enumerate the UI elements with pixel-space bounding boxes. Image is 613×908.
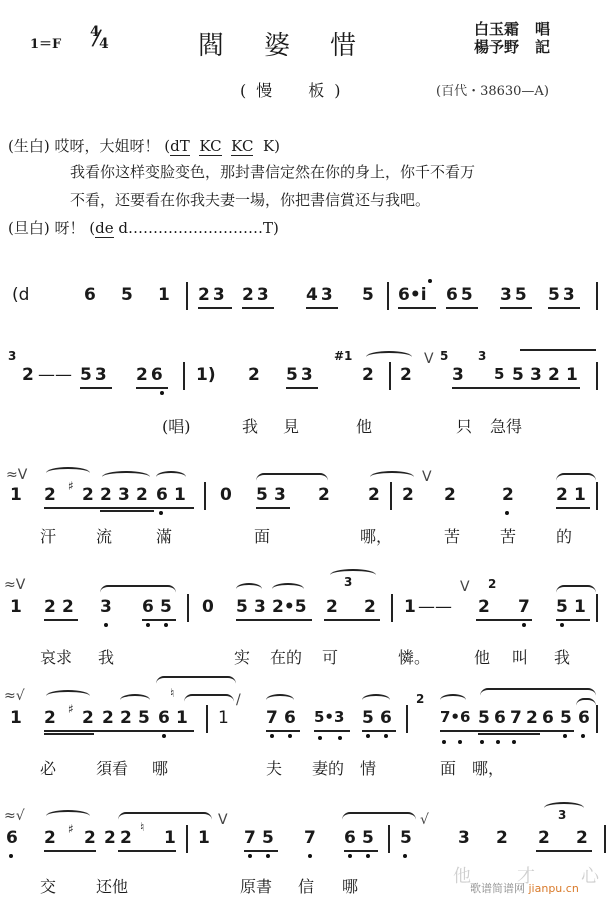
high-octave-dot: [428, 279, 432, 283]
note: 1: [574, 485, 586, 505]
note: 5: [362, 828, 374, 848]
note: 6: [494, 708, 506, 728]
tempo-marking: (慢 板): [240, 78, 351, 101]
low-octave-dot: [581, 734, 585, 738]
note: 1: [574, 597, 586, 617]
note: 5: [478, 708, 490, 728]
slur: [102, 471, 150, 483]
barline: [389, 362, 391, 390]
note: 6: [578, 708, 590, 728]
underline: [80, 387, 112, 389]
note: 2: [44, 708, 56, 728]
note: 2: [248, 365, 260, 385]
lyric: 面: [440, 756, 456, 779]
extension-dash: ——: [418, 597, 452, 617]
underline: [476, 619, 532, 621]
tie: [256, 473, 328, 481]
transcriber-role: 記: [535, 38, 550, 56]
note: 5•3: [314, 708, 344, 726]
percussion-syllable: K): [263, 137, 280, 155]
lyric: 滿: [156, 524, 172, 547]
lyric: (唱): [162, 414, 191, 437]
low-octave-dot: [348, 854, 352, 858]
underline: [236, 619, 312, 621]
underline: [440, 730, 574, 732]
underline: [118, 850, 176, 852]
note: 6: [156, 485, 168, 505]
lyric: 哪，: [472, 756, 504, 779]
lyric: 哪，: [360, 524, 392, 547]
note: 6: [284, 708, 296, 728]
breath-mark: V: [424, 351, 434, 367]
low-octave-dot: [505, 511, 509, 515]
note: 2: [502, 485, 514, 505]
note: 5: [560, 708, 572, 728]
lyric: 他: [474, 645, 490, 668]
low-octave-dot: [480, 740, 484, 744]
breath-mark: ≈V: [6, 467, 27, 483]
low-octave-dot: [104, 623, 108, 627]
underline: [344, 850, 378, 852]
note: 5: [400, 828, 412, 848]
note: 2: [82, 485, 94, 505]
note: 7: [510, 708, 522, 728]
singer-role: 唱: [535, 20, 550, 38]
note: 2: [44, 485, 56, 505]
note: 23: [198, 285, 228, 305]
lyric: 只: [456, 414, 472, 437]
barline: [187, 594, 189, 622]
lyric: 哪: [342, 874, 358, 897]
underline: [44, 850, 96, 852]
barline: [387, 282, 389, 310]
grace-note: 2: [416, 692, 424, 706]
barline: [596, 705, 598, 733]
note: 35: [500, 285, 530, 305]
note: 5: [262, 828, 274, 848]
underline: [556, 507, 590, 509]
low-octave-dot: [384, 734, 388, 738]
singer-name: 白玉霜: [474, 20, 519, 38]
percussion-syllable: dT: [170, 137, 190, 156]
grace-note: #1: [334, 349, 352, 363]
note: 3: [254, 597, 266, 617]
lyric: 憐。: [398, 645, 430, 668]
note: 2: [326, 597, 338, 617]
slur: [370, 471, 414, 483]
lyric: 情: [360, 756, 376, 779]
note: 6: [380, 708, 392, 728]
note: 53: [80, 365, 110, 385]
underline: [452, 387, 580, 389]
note: 2: [496, 828, 508, 848]
lyric: 妻的: [312, 756, 344, 779]
barline: [406, 705, 408, 733]
note: 2: [368, 485, 380, 505]
note: 3: [452, 365, 464, 385]
accidental: ♯: [68, 479, 74, 493]
low-octave-dot: [146, 623, 150, 627]
low-octave-dot: [164, 623, 168, 627]
low-octave-dot: [318, 736, 322, 740]
note: 5: [160, 597, 172, 617]
lyric: 苦: [500, 524, 516, 547]
natural-sign: ♮: [170, 686, 174, 700]
lyric: 夫: [266, 756, 282, 779]
note: 5: [512, 365, 524, 385]
low-octave-dot: [522, 623, 526, 627]
underline: [398, 307, 436, 309]
extension-dash: ——: [38, 365, 72, 385]
tie: [556, 473, 596, 481]
low-octave-dot: [266, 854, 270, 858]
key-signature: 1＝F: [30, 33, 61, 52]
lyric: 我: [554, 645, 570, 668]
underline: [500, 307, 532, 309]
percussion-syllable: de: [95, 219, 113, 238]
note: 5: [138, 708, 150, 728]
note: 2: [556, 485, 571, 505]
low-octave-dot: [338, 736, 342, 740]
note: 5: [236, 597, 248, 617]
transcriber-name: 楊予野: [474, 38, 519, 56]
tie: [556, 585, 596, 593]
low-octave-dot: [159, 511, 163, 515]
note: 2: [120, 828, 132, 848]
low-octave-dot: [458, 740, 462, 744]
slur: [362, 694, 390, 706]
double-underline: [478, 733, 540, 735]
lyric: 实: [234, 645, 250, 668]
watermark-text: 歌谱简谱网: [470, 882, 525, 895]
note: 1: [10, 597, 22, 617]
low-octave-dot: [560, 623, 564, 627]
percussion-roll: d………………………T): [118, 219, 278, 237]
barline: [186, 282, 188, 310]
note: 2: [84, 828, 96, 848]
spoken-text: 呀！: [55, 219, 85, 237]
underline: [256, 507, 290, 509]
note: 2: [402, 485, 414, 505]
note: 7•6: [440, 708, 470, 726]
slur: [120, 694, 150, 706]
lyric: 面: [254, 524, 270, 547]
barline: [388, 825, 390, 853]
note: 5: [362, 708, 374, 728]
barline: [596, 482, 598, 510]
lyric: 必: [40, 756, 56, 779]
underline: [244, 850, 278, 852]
lyric: 在的: [270, 645, 302, 668]
note: 2: [548, 365, 560, 385]
note: 1: [218, 708, 229, 728]
lyric: 原書: [240, 874, 272, 897]
grace-note: 3: [8, 349, 16, 363]
note: 1: [198, 828, 210, 848]
low-octave-dot: [366, 854, 370, 858]
note: 7: [244, 828, 259, 848]
low-octave-dot: [308, 854, 312, 858]
natural-sign: ♮: [140, 820, 144, 834]
barline: [206, 705, 208, 733]
note: 65: [446, 285, 476, 305]
breath-mark: V: [460, 579, 470, 595]
underline: [324, 619, 380, 621]
role-label: (旦白): [8, 219, 50, 237]
lyric: 苦: [444, 524, 460, 547]
note: 2: [136, 485, 148, 505]
site-watermark: 歌谱简谱网 jianpu.cn: [470, 880, 579, 896]
note: 6: [6, 828, 18, 848]
note: 7: [304, 828, 316, 848]
note: 1: [404, 597, 416, 617]
note: 43: [306, 285, 336, 305]
watermark-site: jianpu.cn: [529, 882, 579, 895]
note: (d: [12, 285, 29, 305]
role-label: (生白): [8, 137, 50, 155]
double-underline: [44, 733, 94, 735]
note: 6: [158, 708, 170, 728]
note: 6: [84, 285, 96, 305]
note: 7: [518, 597, 530, 617]
slur: [266, 694, 294, 706]
note: 53: [548, 285, 578, 305]
lyric: 急得: [490, 414, 522, 437]
low-octave-dot: [160, 391, 164, 395]
slur: [46, 810, 90, 822]
breath-mark: ≈√: [4, 688, 25, 704]
underline: [136, 387, 168, 389]
tie: [342, 812, 416, 820]
note: 6: [542, 708, 554, 728]
note: 53: [286, 365, 316, 385]
note: 0: [220, 485, 232, 505]
tie: [156, 676, 236, 684]
lyric: 还他: [96, 874, 128, 897]
note: 5: [362, 285, 374, 305]
grace-note: 3: [344, 575, 352, 589]
note: 1: [566, 365, 578, 385]
tie: [520, 349, 596, 351]
note: 1): [196, 365, 216, 385]
record-catalog: (百代・38630—A): [436, 80, 549, 99]
note: 2: [62, 597, 74, 617]
note: 2: [104, 828, 116, 848]
lyric: 須看: [96, 756, 128, 779]
meter-denominator: 4: [99, 36, 109, 52]
lyric: 汗: [40, 524, 56, 547]
slur: [46, 467, 90, 479]
song-title: 閻婆惜: [198, 25, 396, 62]
grace-note: 2: [488, 577, 496, 591]
underline: [44, 619, 78, 621]
note: 0: [202, 597, 214, 617]
tie: [118, 812, 212, 820]
note: 2: [362, 365, 374, 385]
note: 2: [444, 485, 456, 505]
note: 2: [538, 828, 550, 848]
note: 2•5: [272, 597, 307, 617]
low-octave-dot: [563, 734, 567, 738]
barline: [204, 482, 206, 510]
lyric: 交: [40, 874, 56, 897]
slur: [440, 694, 466, 706]
note: 2: [364, 597, 376, 617]
underline: [142, 619, 176, 621]
underline: [446, 307, 478, 309]
low-octave-dot: [9, 854, 13, 858]
barline: [596, 362, 598, 390]
note: 2: [100, 485, 112, 505]
breath-mark: /: [236, 692, 241, 708]
lyric: 哀求: [40, 645, 72, 668]
underline: [536, 850, 592, 852]
barline: [183, 362, 185, 390]
note: 2: [82, 708, 94, 728]
note: 7: [266, 708, 278, 728]
note: 1: [174, 485, 186, 505]
note: 1: [10, 708, 22, 728]
accidental: ♯: [68, 822, 74, 836]
dialog-line-3: 不看，还要看在你我夫妻一場，你把書信賞还与我吧。: [70, 186, 430, 214]
note: 2: [318, 485, 330, 505]
low-octave-dot: [366, 734, 370, 738]
tie: [184, 694, 234, 702]
slur: [330, 569, 376, 581]
lyric: 可: [322, 645, 338, 668]
note: 2: [120, 708, 132, 728]
breath-mark: ≈V: [4, 577, 25, 593]
grace-note: 3: [558, 808, 566, 822]
note: 2: [44, 597, 59, 617]
note: 3: [100, 597, 112, 617]
percussion-syllable: KC: [199, 137, 221, 156]
double-underline: [100, 510, 154, 512]
breath-mark: V: [218, 812, 228, 828]
low-octave-dot: [442, 740, 446, 744]
note: 1: [176, 708, 188, 728]
low-octave-dot: [496, 740, 500, 744]
underline: [548, 307, 580, 309]
low-octave-dot: [248, 854, 252, 858]
note: 6•i: [398, 285, 427, 305]
dialog-line-4: (旦白) 呀！ (de d………………………T): [8, 214, 279, 242]
note: 1: [10, 485, 22, 505]
lyric: 他: [356, 414, 372, 437]
underline: [44, 730, 194, 732]
breath-mark: V: [422, 469, 432, 485]
slur: [236, 583, 262, 595]
note: 6: [142, 597, 157, 617]
note: 2: [22, 365, 34, 385]
underline: [286, 387, 318, 389]
barline: [186, 825, 188, 853]
tie: [576, 698, 596, 706]
note: 3: [530, 365, 542, 385]
barline: [596, 594, 598, 622]
note: 5: [556, 597, 571, 617]
lyric: 我: [242, 414, 258, 437]
note: 2: [478, 597, 490, 617]
lyric: 信: [298, 874, 314, 897]
low-octave-dot: [288, 734, 292, 738]
note: 2: [526, 708, 538, 728]
low-octave-dot: [403, 854, 407, 858]
note: 3: [118, 485, 130, 505]
note: 2: [400, 365, 412, 385]
underline: [306, 307, 338, 309]
note: 5: [256, 485, 271, 505]
lyric: 流: [96, 524, 112, 547]
underline: [362, 730, 396, 732]
note: 6: [344, 828, 359, 848]
breath-mark: √: [420, 812, 429, 828]
time-signature: 4 / 4: [90, 24, 100, 40]
note: 23: [242, 285, 272, 305]
lyric: 我: [98, 645, 114, 668]
percussion-syllable: KC: [231, 137, 253, 156]
lyric: 見: [283, 414, 299, 437]
note: 5: [121, 285, 133, 305]
low-octave-dot: [512, 740, 516, 744]
note: 3: [274, 485, 286, 505]
dialog-line-2: 我看你这样变脸变色，那封書信定然在你的身上，你千不看万: [70, 158, 475, 186]
breath-mark: ≈√: [4, 808, 25, 824]
grace-note: 5: [440, 349, 448, 363]
underline: [198, 307, 232, 309]
underline: [242, 307, 274, 309]
lyric: 哪: [152, 756, 168, 779]
grace-note: 3: [478, 349, 486, 363]
barline: [604, 825, 606, 853]
note: 5: [494, 365, 504, 383]
note: 26: [136, 365, 166, 385]
lyric: 的: [556, 524, 572, 547]
spoken-text: 哎呀，大姐呀！: [55, 137, 160, 155]
accidental: ♯: [68, 702, 74, 716]
barline: [390, 482, 392, 510]
credits: 白玉霜唱 楊予野記: [474, 20, 550, 56]
note: 1: [164, 828, 176, 848]
note: 3: [458, 828, 470, 848]
low-octave-dot: [270, 734, 274, 738]
barline: [596, 282, 598, 310]
barline: [391, 594, 393, 622]
note: 2: [102, 708, 114, 728]
slur: [156, 471, 186, 483]
slur: [272, 583, 304, 595]
note: 2: [44, 828, 56, 848]
lyric: 叫: [512, 645, 528, 668]
dialog-line-1: (生白) 哎呀，大姐呀！ (dT KC KC K): [8, 132, 280, 160]
slur: [46, 690, 90, 702]
underline: [44, 507, 194, 509]
tie: [480, 688, 596, 696]
underline: [314, 730, 350, 732]
note: 2: [576, 828, 588, 848]
underline: [266, 730, 300, 732]
underline: [556, 619, 590, 621]
note: 1: [158, 285, 170, 305]
low-octave-dot: [162, 734, 166, 738]
tie: [100, 585, 176, 593]
